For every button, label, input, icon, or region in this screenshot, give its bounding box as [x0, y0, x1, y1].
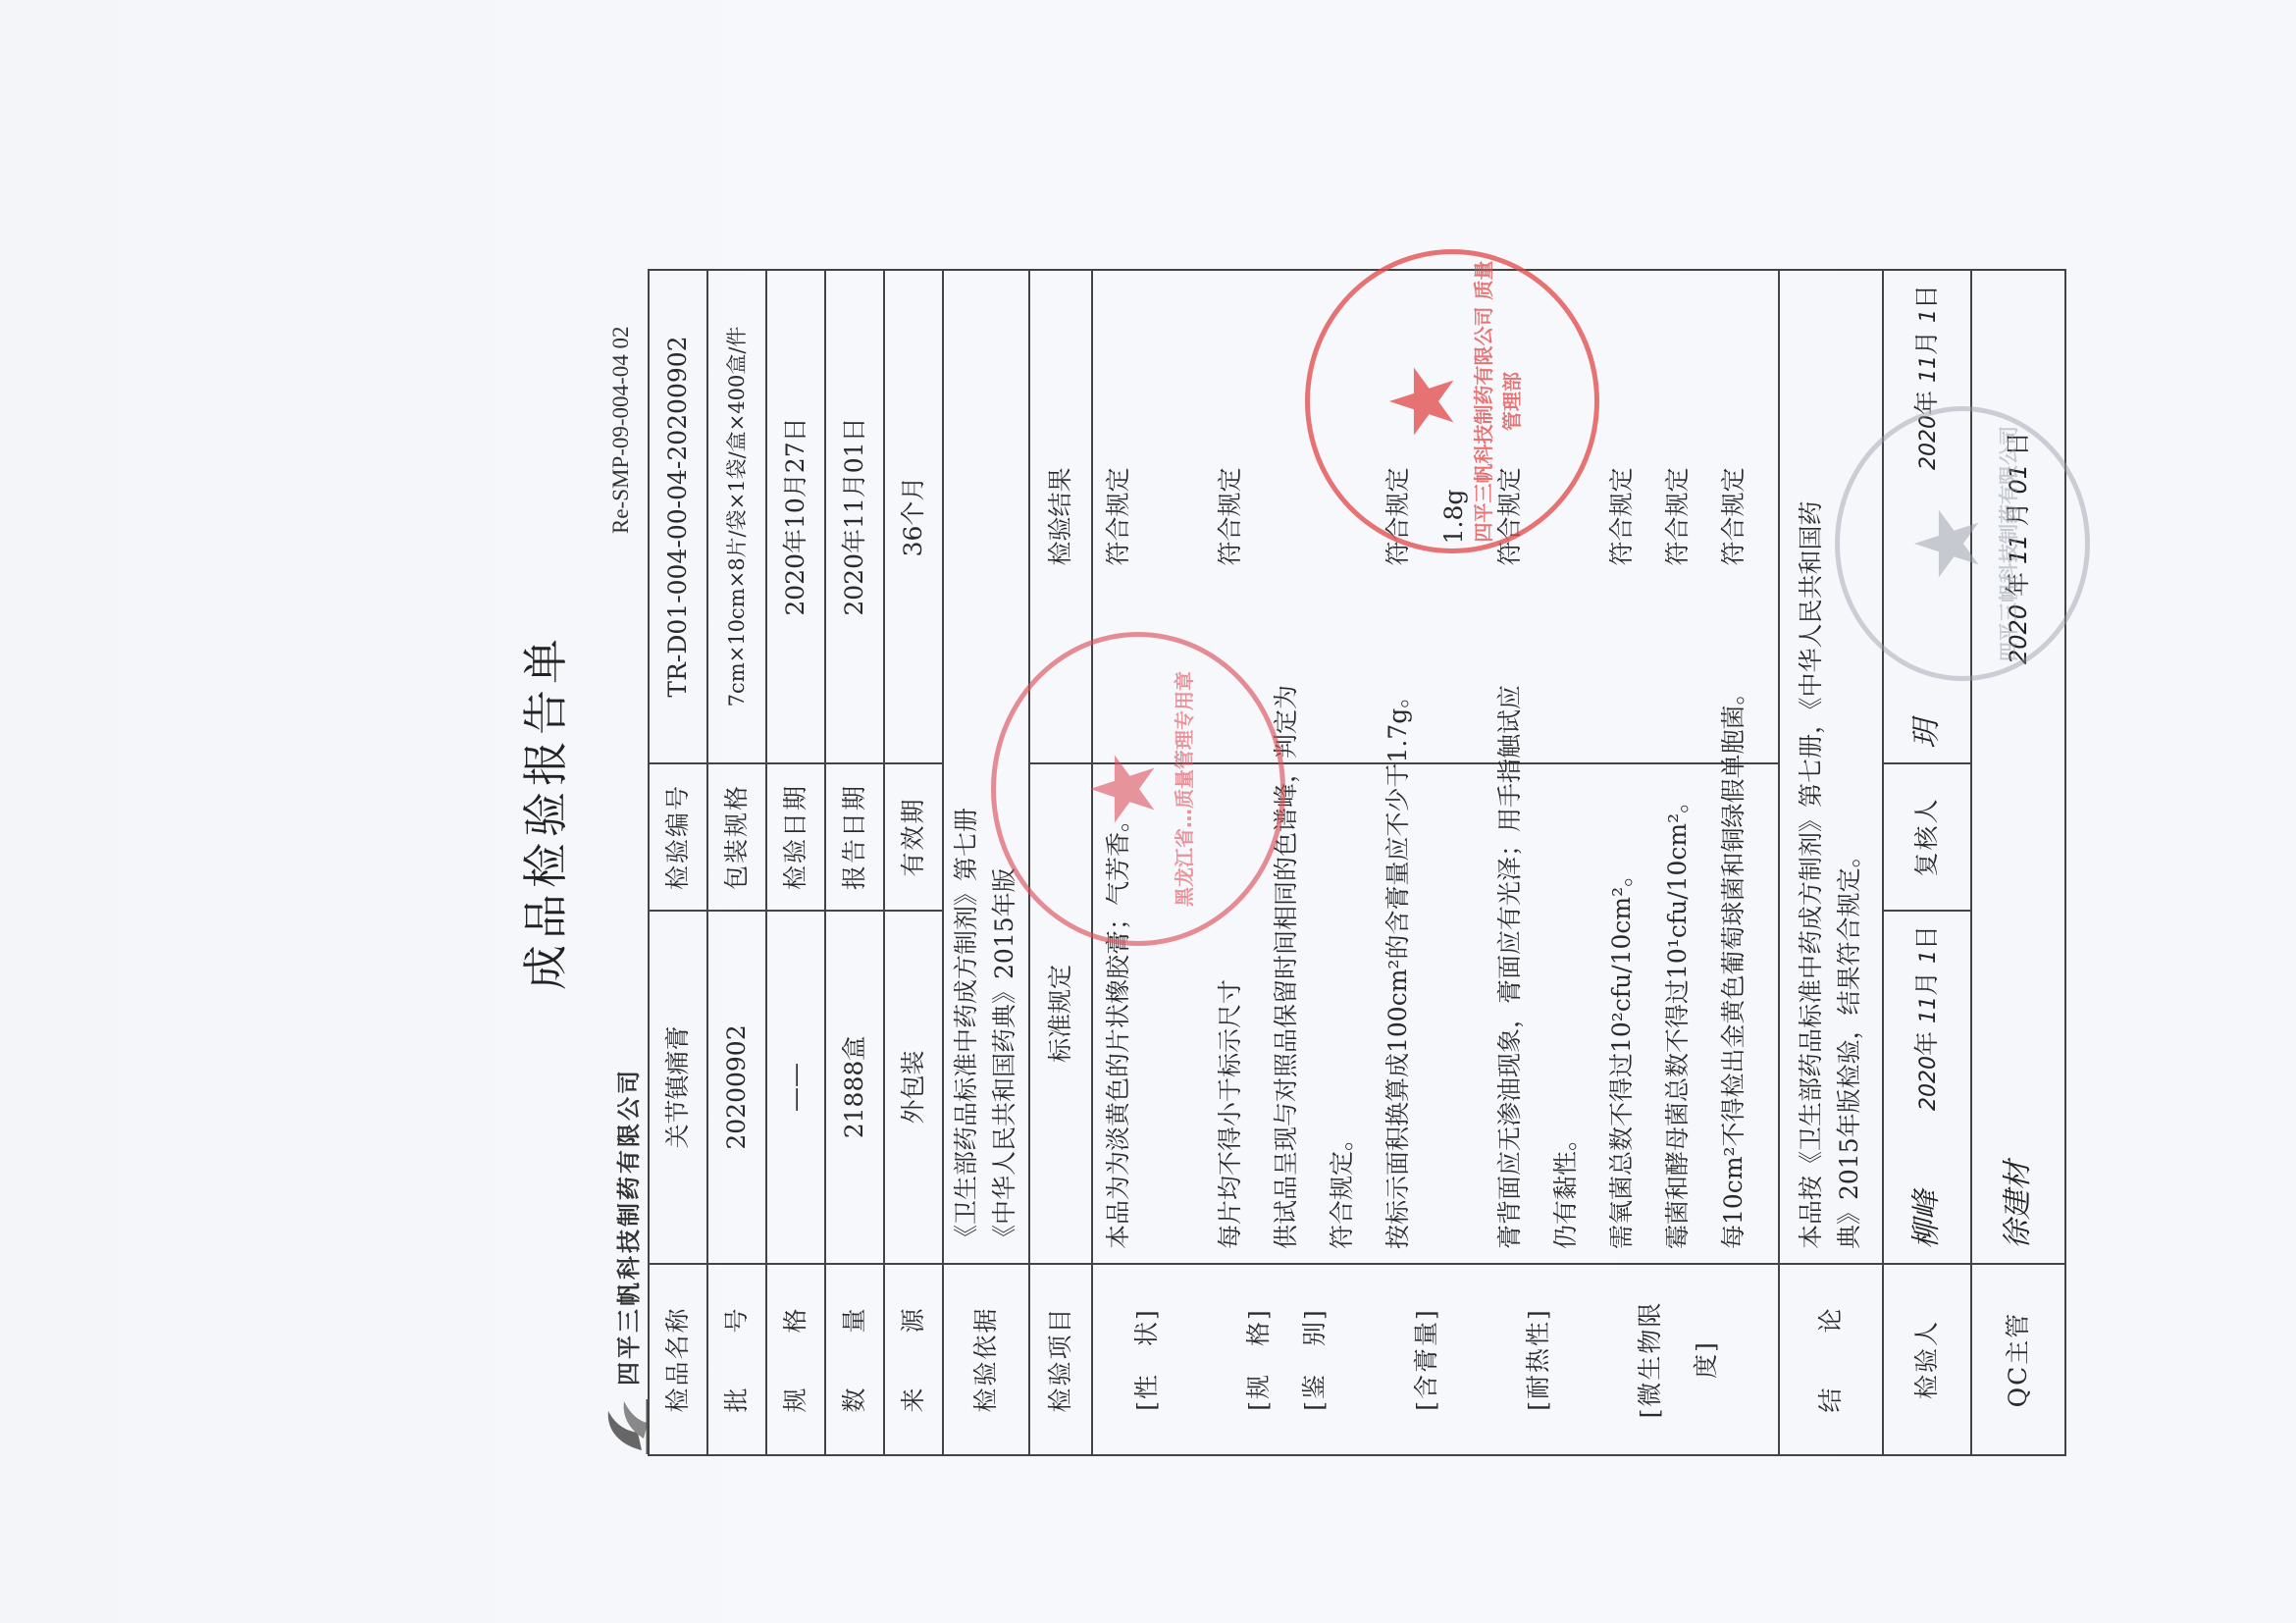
- item-name: [微生物限: [1632, 1279, 1688, 1440]
- standard-line: 需氧菌总数不得过10²cfu/10cm²。: [1603, 778, 1659, 1249]
- result-line: 符合规定: [1212, 285, 1268, 749]
- standard-line: 每片均不得小于标示尺寸: [1212, 778, 1268, 1249]
- item-name: [鉴 别]: [1296, 1279, 1352, 1440]
- basis-line-2: 《中华人民共和国药典》2015年版: [986, 285, 1024, 1249]
- qc-manager-signature: 徐建材: [1996, 1161, 2042, 1249]
- items-header-result: 检验结果: [1029, 270, 1092, 763]
- row-source: 来 源 外包装 有效期 36个月: [884, 270, 943, 1455]
- standard-line: 霉菌和酵母菌总数不得过10¹cfu/10cm²。: [1659, 778, 1715, 1249]
- conclusion-line-1: 本品按《卫生部药品标准中药成方制剂》第七册，《中华人民共和国药: [1793, 285, 1831, 1249]
- batch-no-value: 20200902: [707, 911, 766, 1264]
- standard-line: 仍有黏性。: [1547, 778, 1603, 1249]
- product-name-label: 检品名称: [649, 1264, 707, 1455]
- item-names: [性 状] [规 格] [鉴 别] [含膏量] [耐热性] [微生物限 度]: [1092, 1264, 1779, 1455]
- item-results: 符合规定 符合规定 符合规定 1.8g 符合规定 符合规定 符合规定 符合规定: [1092, 270, 1779, 763]
- result-line: 符合规定: [1659, 285, 1715, 749]
- item-standards: 本品为为淡黄色的片状橡胶膏；气芳香。 每片均不得小于标示尺寸 供试品呈现与对照品…: [1092, 763, 1779, 1264]
- report-date-value: 2020年11月01日: [825, 270, 884, 763]
- product-name-value: 关节镇痛膏: [649, 911, 707, 1264]
- reviewer-label: 复核人: [1883, 763, 1971, 911]
- inspector-signature-cell: 柳峰 2020年 11月 1日: [1883, 911, 1971, 1264]
- quantity-value: 21888盒: [825, 911, 884, 1264]
- row-qc-manager: QC主管 徐建材 2020 年 11 月 01 日: [1971, 270, 2065, 1455]
- standard-line: 本品为为淡黄色的片状橡胶膏；气芳香。: [1100, 778, 1156, 1249]
- reviewer-signature-cell: 玥 2020年 11月 1日: [1883, 270, 1971, 763]
- item-name: [性 状]: [1128, 1279, 1184, 1440]
- source-label: 来 源: [884, 1264, 943, 1455]
- row-conclusion: 结 论 本品按《卫生部药品标准中药成方制剂》第七册，《中华人民共和国药 典》20…: [1779, 270, 1883, 1455]
- standard-line: 供试品呈现与对照品保留时间相同的色谱峰，判定为: [1268, 778, 1324, 1249]
- quantity-label: 数 量: [825, 1264, 884, 1455]
- company-logo-icon: [599, 1395, 653, 1458]
- report-no-value: TR-D01-004-00-04-20200902: [649, 270, 707, 763]
- items-header-item: 检验项目: [1029, 1264, 1092, 1455]
- test-date-value: 2020年10月27日: [766, 270, 825, 763]
- company-name: 四平三帆科技制药有限公司: [609, 1068, 644, 1386]
- validity-value: 36个月: [884, 270, 943, 763]
- test-date-label: 检验日期: [766, 763, 825, 911]
- basis-label: 检验依据: [943, 1264, 1029, 1455]
- conclusion-label: 结 论: [1779, 1264, 1883, 1455]
- row-quantity: 数 量 21888盒 报告日期 2020年11月01日: [825, 270, 884, 1455]
- report-page: 成品检验报告单 四平三帆科技制药有限公司 Re-SMP-09-004-04 02…: [0, 0, 2296, 1623]
- standard-line: 按标示面积换算成100cm²的含膏量应不少于1.7g。: [1380, 778, 1435, 1249]
- item-name: [耐热性]: [1520, 1279, 1576, 1440]
- basis-line-1: 《卫生部药品标准中药成方制剂》第七册: [948, 285, 986, 1249]
- inspector-label: 检验人: [1883, 1264, 1971, 1455]
- row-product-name: 检品名称 关节镇痛膏 检验编号 TR-D01-004-00-04-2020090…: [649, 270, 707, 1455]
- row-items-header: 检验项目 标准规定 检验结果: [1029, 270, 1092, 1455]
- company-header: 四平三帆科技制药有限公司: [599, 1068, 653, 1458]
- result-line: 符合规定: [1603, 285, 1659, 749]
- conclusion-text: 本品按《卫生部药品标准中药成方制剂》第七册，《中华人民共和国药 典》2015年版…: [1779, 270, 1883, 1264]
- standard-line: 符合规定。: [1324, 778, 1380, 1249]
- row-basis: 检验依据 《卫生部药品标准中药成方制剂》第七册 《中华人民共和国药典》2015年…: [943, 270, 1029, 1455]
- batch-no-label: 批 号: [707, 1264, 766, 1455]
- row-inspector: 检验人 柳峰 2020年 11月 1日 复核人 玥 2020年 1: [1883, 270, 1971, 1455]
- row-batch: 批 号 20200902 包装规格 7cm×10cm×8片/袋×1袋/盒×400…: [707, 270, 766, 1455]
- item-name: [含膏量]: [1408, 1279, 1464, 1440]
- qc-manager-label: QC主管: [1971, 1264, 2065, 1455]
- result-line: 符合规定: [1715, 285, 1771, 749]
- report-no-label: 检验编号: [649, 763, 707, 911]
- conclusion-line-2: 典》2015年版检验，结果符合规定。: [1831, 285, 1869, 1249]
- spec-value: ——: [766, 911, 825, 1264]
- basis-value: 《卫生部药品标准中药成方制剂》第七册 《中华人民共和国药典》2015年版: [943, 270, 1029, 1264]
- item-name: [规 格]: [1240, 1279, 1296, 1440]
- inspection-table: 检品名称 关节镇痛膏 检验编号 TR-D01-004-00-04-2020090…: [648, 269, 2066, 1456]
- result-line: 符合规定: [1380, 285, 1435, 749]
- report-date-label: 报告日期: [825, 763, 884, 911]
- scanned-document: 成品检验报告单 四平三帆科技制药有限公司 Re-SMP-09-004-04 02…: [0, 0, 2296, 1623]
- result-line: 1.8g: [1435, 285, 1491, 749]
- document-title: 成品检验报告单: [510, 0, 575, 1623]
- spec-label: 规 格: [766, 1264, 825, 1455]
- row-items: [性 状] [规 格] [鉴 别] [含膏量] [耐热性] [微生物限 度] 本…: [1092, 270, 1779, 1455]
- package-spec-label: 包装规格: [707, 763, 766, 911]
- qc-manager-signature-cell: 徐建材 2020 年 11 月 01 日: [1971, 270, 2065, 1264]
- result-line: 符合规定: [1100, 285, 1156, 749]
- row-spec: 规 格 —— 检验日期 2020年10月27日: [766, 270, 825, 1455]
- source-value: 外包装: [884, 911, 943, 1264]
- package-spec-value: 7cm×10cm×8片/袋×1袋/盒×400盒/件: [707, 270, 766, 763]
- standard-line: 膏背面应无渗油现象，膏面应有光泽；用手指触试应: [1491, 778, 1547, 1249]
- inspector-signature: 柳峰: [1905, 1190, 1951, 1249]
- standard-line: 每10cm²不得检出金黄色葡萄球菌和铜绿假单胞菌。: [1715, 778, 1771, 1249]
- reviewer-signature: 玥: [1905, 719, 1951, 749]
- document-code: Re-SMP-09-004-04 02: [608, 327, 634, 534]
- result-line: 符合规定: [1491, 285, 1547, 749]
- item-name-cont: 度]: [1688, 1279, 1744, 1440]
- items-header-standard: 标准规定: [1029, 763, 1092, 1264]
- validity-label: 有效期: [884, 763, 943, 911]
